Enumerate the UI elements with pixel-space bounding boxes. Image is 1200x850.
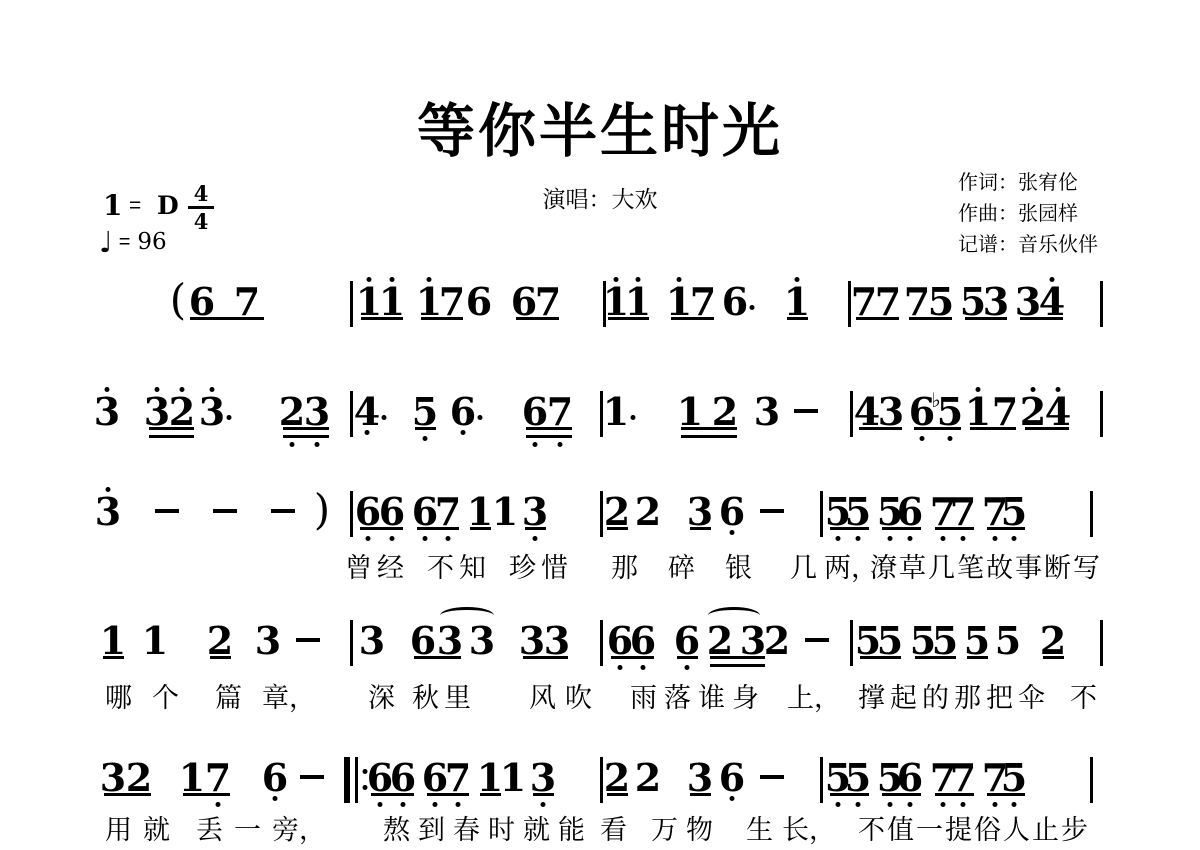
barline [350,620,353,666]
octave-dot-high [180,387,185,392]
note-number: 5 [1001,762,1027,794]
augmentation-dot [478,415,483,420]
beam [149,427,194,438]
note-number: 3 [255,625,281,657]
note-number: 3 [1015,286,1041,318]
lyric-segment: 看 [600,808,627,847]
repeat-barline-thin [355,757,358,803]
beam [427,793,469,796]
octave-dot-high [976,387,981,392]
note-number: 6 [379,496,405,528]
note-number: 6 [719,762,745,794]
repeat-barline [344,757,350,803]
lyric-segment: 那 [611,546,638,585]
note-number: 6 [466,286,492,318]
note-number: 1 [500,762,526,794]
note-number: 3 [530,762,556,794]
note-number: 1 [784,286,810,318]
beam [909,317,952,320]
note-number: 7 [445,762,471,794]
octave-dot-low [856,536,861,541]
note-number: 3 [522,496,548,528]
octave-dot-low [433,802,438,807]
beam [830,793,869,796]
barline [350,391,353,437]
score-system: 3323234566711234365♭1724 [0,396,1200,456]
octave-dot-high [614,277,619,282]
duration-dash [271,509,295,513]
note-number: 4 [354,396,380,428]
note-number: 7 [875,286,901,318]
octave-dot-low [1012,536,1017,541]
note-number: 3 [878,396,904,428]
beam [415,427,436,430]
lyric-segment: 篇 [215,676,242,715]
note-number: 6 [722,286,748,318]
beam [690,793,711,796]
note-number: 2 [764,625,790,657]
note-number: 2 [635,496,661,528]
beam [414,656,461,659]
lyric-segment: 一 [234,808,261,847]
lyric-segment: 碎 [668,546,695,585]
note-number: 2 [604,496,630,528]
note-number: 2 [604,762,630,794]
note-number: 1 [625,286,651,318]
note-number: 5 [845,496,871,528]
lyric-segment: 珍惜 [509,546,573,585]
note-number: 3 [359,625,385,657]
note-number: 2 [1040,625,1066,657]
barline [850,391,853,437]
lyric-segment: 几 [790,546,817,585]
note-number: 3 [687,762,713,794]
beam [183,793,230,796]
beam [526,427,572,438]
beam [787,317,808,320]
beam [361,317,403,320]
barline [350,281,353,327]
note-number: 1 [492,496,518,528]
flat-sign: ♭ [931,390,940,410]
note-number: 3 [740,625,766,657]
note-number: 3 [95,496,121,528]
barline [1090,491,1093,537]
lyric-segment: 哪 [105,676,132,715]
beam [608,317,649,320]
note-number: 7 [234,286,260,318]
note-number: 7 [205,762,231,794]
sheet-music-page: 等你半生时光 演唱：大欢 作词：张宥伦 作曲：张园样 记谱：音乐伙伴 1 = D… [0,0,1200,850]
note-number: 1 [100,625,126,657]
lyric-segment: 长， [782,808,836,847]
lyric-segment: 生 [746,808,773,847]
beam [525,527,546,530]
note-number: 3 [469,625,495,657]
octave-dot-high [1050,277,1055,282]
beam [987,793,1025,796]
note-number: 2 [635,762,661,794]
note-number: 5 [964,625,990,657]
duration-dash [155,509,179,513]
note-number: 6 [189,286,215,318]
note-number: 7 [435,496,461,528]
octave-dot-low [836,802,841,807]
beam [283,427,329,438]
octave-dot-low [888,536,893,541]
duration-dash [760,775,784,779]
octave-dot-low [533,536,538,541]
beam [681,427,737,438]
lyric-segment: 潦草几笔故事断写 [870,546,1102,585]
note-number: 3 [199,396,225,428]
note-number: 7 [950,496,976,528]
duration-dash [794,409,818,413]
lyric-segment: 用 [105,808,132,847]
octave-dot-low [948,436,953,441]
octave-dot-low [730,796,735,801]
beam [103,656,124,659]
note-number: 4 [1039,286,1065,318]
beam [915,656,956,659]
note-number: 7 [950,762,976,794]
note-number: 1 [965,396,991,428]
barline [1090,757,1093,803]
lyric-segment: 撑起的那把伞 [858,676,1050,715]
beam [882,527,921,530]
barline [600,620,603,666]
octave-dot-low [993,802,998,807]
note-number: 2 [207,625,233,657]
note-number: 3 [304,396,330,428]
octave-dot-low [730,530,735,535]
note-number: 2 [712,396,738,428]
note-number: 6 [262,762,288,794]
octave-dot-high [1056,387,1061,392]
phrase-paren: ) [314,492,330,528]
octave-dot-high [105,387,110,392]
augmentation-dot [382,415,387,420]
note-number: 3 [94,396,120,428]
note-number: 7 [992,396,1018,428]
octave-dot-high [155,387,160,392]
augmentation-dot [750,305,755,310]
octave-dot-high [636,277,641,282]
octave-dot-low [290,442,295,447]
octave-dot-high [210,387,215,392]
octave-dot-low [273,796,278,801]
octave-dot-low [558,442,563,447]
barline [350,491,353,537]
duration-dash [760,509,784,513]
octave-dot-low [888,802,893,807]
beam [607,793,628,796]
note-number: 6 [719,496,745,528]
beam [421,317,463,320]
octave-dot-low [961,536,966,541]
note-number: 7 [439,286,465,318]
beam [470,527,491,530]
lyric-segment: 秋 [412,676,439,715]
lyric-line: 曾经不知珍惜那碎银几两，潦草几笔故事断写 [0,546,1200,580]
beam [690,527,711,530]
note-number: 2 [169,396,195,428]
beam [710,656,765,667]
lyric-segment: 不 [1070,676,1097,715]
beam [856,317,899,320]
beam [190,317,264,320]
octave-dot-low [446,536,451,541]
beam [914,427,961,430]
beam [1043,656,1064,659]
barline [600,757,603,803]
beam [104,793,151,796]
octave-dot-low [941,802,946,807]
note-number: 4 [854,396,880,428]
note-number: 6 [522,396,548,428]
beam [1025,427,1069,430]
beam [970,427,1016,430]
octave-dot-low [366,536,371,541]
note-number: 6 [355,496,381,528]
octave-dot-low [315,442,320,447]
beam [371,793,414,796]
beam [516,317,559,320]
note-number: 3 [437,625,463,657]
note-number: 6 [897,762,923,794]
lyric-segment: 不值一提俗人止步 [858,808,1090,847]
beam [480,793,501,796]
beam [935,527,974,530]
octave-dot-low [618,665,623,670]
beam [1020,317,1063,320]
beam [830,527,869,530]
lyric-segment: 旁， [272,808,326,847]
lyric-segment: 雨落谁身 [630,676,766,715]
note-number: 2 [1020,396,1046,428]
note-number: 7 [547,396,573,428]
note-number: 2 [279,396,305,428]
note-number: 6 [897,496,923,528]
octave-dot-low [856,802,861,807]
lyric-segment: 章， [262,676,316,715]
lyric-segment: 曾经 [345,546,409,585]
octave-dot-low [216,802,221,807]
note-number: 6 [450,396,476,428]
note-number: 3 [519,625,545,657]
note-number: 1 [666,286,692,318]
lyric-segment: 就 [143,808,170,847]
augmentation-dot [631,415,636,420]
note-number: 1 [179,762,205,794]
note-number: 7 [535,286,561,318]
lyric-segment: 个 [152,676,179,715]
note-number: 5 [928,286,954,318]
slur-arc [708,607,760,624]
augmentation-dot [227,415,232,420]
note-number: 3 [144,396,170,428]
beam [607,527,628,530]
duration-dash [213,509,237,513]
octave-dot-low [390,536,395,541]
octave-dot-low [401,802,406,807]
beam [967,656,988,659]
note-number: 7 [851,286,877,318]
octave-dot-high [106,487,111,492]
note-number: 5 [1001,496,1027,528]
barline [820,757,823,803]
note-number: 5 [412,396,438,428]
note-number: 2 [126,762,152,794]
note-number: 3 [544,625,570,657]
barline [1100,281,1103,327]
lyric-line: 用就丢一旁，熬到春时就能看万物生长，不值一提俗人止步 [0,808,1200,842]
barline [1100,391,1103,437]
beam [677,656,698,659]
octave-dot-low [1012,802,1017,807]
note-number: 5 [845,762,871,794]
octave-dot-high [677,277,682,282]
lyric-segment: 里 [444,676,471,715]
note-number: 5 [877,625,903,657]
beam [417,527,459,530]
beam [360,527,403,530]
octave-dot-low [908,536,913,541]
note-number: 2 [707,625,733,657]
slur-arc [440,607,494,624]
lyric-segment: 深 [368,676,395,715]
barline [850,620,853,666]
octave-dot-low [993,536,998,541]
octave-dot-low [961,802,966,807]
phrase-paren: ( [170,282,186,318]
octave-dot-high [1031,387,1036,392]
note-number: 4 [1045,396,1071,428]
beam [965,317,1007,320]
octave-dot-low [908,802,913,807]
score-area: (671117667111761777553343323234566711234… [0,0,1200,850]
octave-dot-low [685,665,690,670]
octave-dot-high [390,277,395,282]
octave-dot-low [533,442,538,447]
octave-dot-low [423,536,428,541]
octave-dot-low [365,430,370,435]
barline [820,491,823,537]
beam [860,656,901,659]
note-number: 5 [995,625,1021,657]
beam [533,793,554,796]
note-number: 1 [379,286,405,318]
duration-dash [805,638,829,642]
octave-dot-low [836,536,841,541]
note-number: 3 [687,496,713,528]
lyric-segment: 银 [725,546,752,585]
beam [671,317,714,320]
note-number: 1 [467,496,493,528]
lyric-segment: 物 [686,808,713,847]
note-number: 5 [932,625,958,657]
octave-dot-low [920,436,925,441]
note-number: 1 [677,396,703,428]
note-number: 7 [690,286,716,318]
octave-dot-low [456,802,461,807]
beam [523,656,568,659]
octave-dot-low [461,430,466,435]
octave-dot-low [941,536,946,541]
note-number: 6 [390,762,416,794]
lyric-segment: 丢 [196,808,223,847]
lyric-segment: 不知 [427,546,491,585]
note-number: 1 [603,396,629,428]
note-number: 3 [983,286,1009,318]
octave-dot-low [541,802,546,807]
beam [882,793,921,796]
note-number: 5 [937,396,963,428]
note-number: 3 [754,396,780,428]
score-system: (67111766711176177755334 [0,286,1200,346]
lyric-segment: 万 [651,808,678,847]
note-number: 6 [511,286,537,318]
beam [987,527,1025,530]
lyric-segment: 风吹 [529,676,601,715]
note-number: 7 [904,286,930,318]
duration-dash [300,775,324,779]
beam [210,656,231,659]
lyric-line: 哪个篇章，深秋里风吹雨落谁身上，撑起的那把伞不 [0,676,1200,710]
note-number: 6 [410,625,436,657]
beam [611,656,654,659]
octave-dot-high [427,277,432,282]
octave-dot-low [641,665,646,670]
lyric-segment: 熬到春时就能 [383,808,593,847]
beam [935,793,974,796]
barline [600,491,603,537]
octave-dot-high [795,277,800,282]
octave-dot-low [423,436,428,441]
note-number: 1 [142,625,168,657]
note-number: 6 [674,625,700,657]
note-number: 6 [630,625,656,657]
beam [859,427,902,430]
note-number: 3 [100,762,126,794]
lyric-segment: 上， [787,676,841,715]
duration-dash [296,638,320,642]
octave-dot-low [378,802,383,807]
octave-dot-high [367,277,372,282]
barline [1100,620,1103,666]
